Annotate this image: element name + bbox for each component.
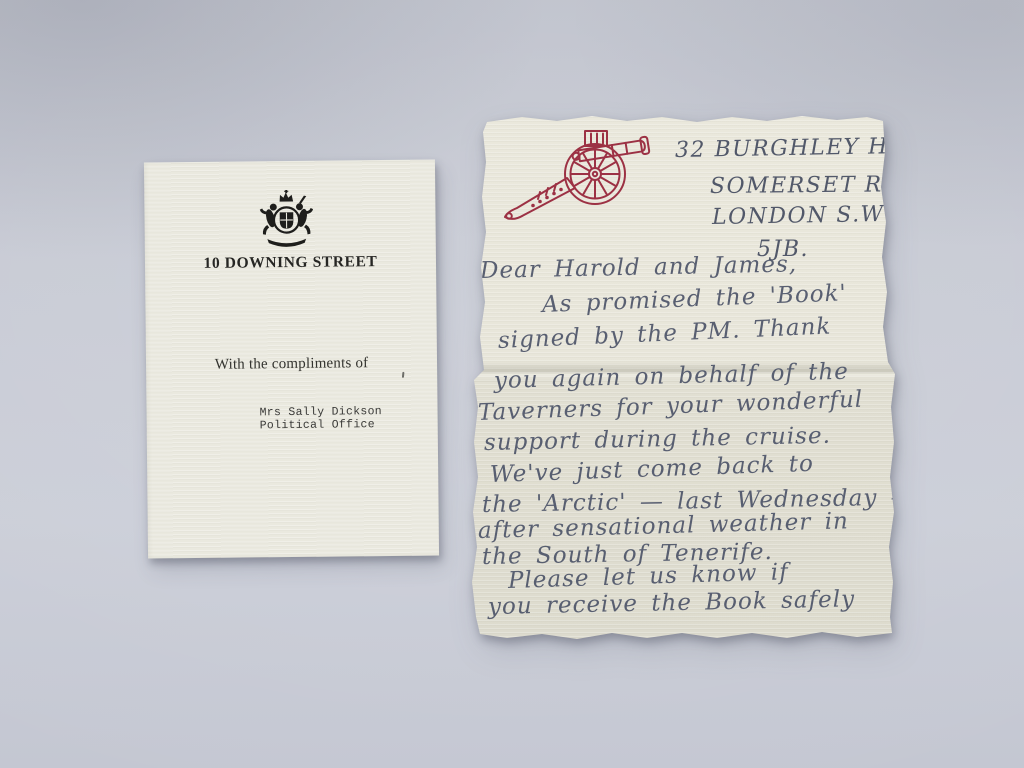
letter-body-line: We've just come back to [490,451,815,488]
photo-background: 10 DOWNING STREET With the compliments o… [0,0,1024,768]
handwritten-letter: 32 BURGHLEY HOUSE SOMERSET ROAD LONDON S… [462,112,898,644]
letter-address-line: 32 BURGHLEY HOUSE [675,133,963,163]
letter-body-line: As promised the 'Book' [542,280,848,318]
slip-typed-office: Political Office [260,419,383,433]
compliments-slip: 10 DOWNING STREET With the compliments o… [144,159,439,558]
stray-ink-mark [402,372,405,378]
cannon-icon [492,118,664,230]
slip-typed-block: Mrs Sally Dickson Political Office [260,406,383,432]
letter-address-line: LONDON S.W19 [712,201,916,230]
letter-paper: 32 BURGHLEY HOUSE SOMERSET ROAD LONDON S… [462,112,898,644]
royal-coat-of-arms-icon [255,188,318,251]
letter-address-line: SOMERSET ROAD [710,172,939,199]
slip-heading: 10 DOWNING STREET [145,252,436,273]
letter-body-line: signed by the PM. Thank [497,313,831,354]
letter-body-line: Dear Harold and James, [480,251,798,284]
slip-compliments-line: With the compliments of [146,354,437,374]
